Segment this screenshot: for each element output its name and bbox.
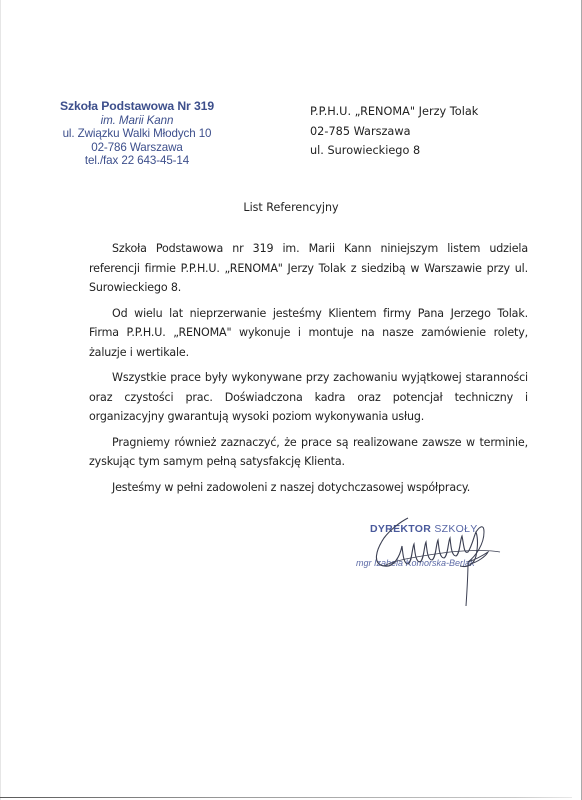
paragraph: Wszystkie prace były wykonywane przy zac…: [89, 368, 528, 427]
page-left-edge: [0, 0, 1, 800]
school-name-bold: Szkoła: [60, 99, 98, 113]
paragraph: Pragniemy również zaznaczyć, że prace są…: [89, 433, 528, 472]
recipient-city: 02-785 Warszawa: [310, 122, 478, 142]
signature-block: DYREKTOR SZKOŁY mgr Izabela Komorska-Ber…: [350, 516, 520, 606]
recipient-street: ul. Surowieckiego 8: [310, 141, 478, 161]
school-name-rest: Podstawowa Nr 319: [98, 99, 214, 113]
school-patron: im. Marii Kann: [52, 114, 222, 128]
school-name: Szkoła Podstawowa Nr 319: [52, 100, 222, 114]
school-street: ul. Związku Walki Młodych 10: [52, 127, 222, 141]
recipient-company: P.P.H.U. „RENOMA" Jerzy Tolak: [310, 102, 478, 122]
paragraph: Szkoła Podstawowa nr 319 im. Marii Kann …: [89, 239, 528, 298]
school-phone: tel./fax 22 643-45-14: [52, 154, 222, 168]
school-city: 02-786 Warszawa: [52, 141, 222, 155]
recipient-address: P.P.H.U. „RENOMA" Jerzy Tolak 02-785 War…: [310, 102, 478, 161]
paragraph: Od wielu lat nieprzerwanie jesteśmy Klie…: [89, 304, 528, 363]
handwritten-signature-icon: [350, 516, 520, 611]
document-title: List Referencyjny: [0, 201, 582, 214]
school-header-stamp: Szkoła Podstawowa Nr 319 im. Marii Kann …: [52, 100, 222, 168]
letter-page: Szkoła Podstawowa Nr 319 im. Marii Kann …: [0, 0, 582, 800]
page-bottom-edge: [0, 797, 572, 798]
paragraph: Jesteśmy w pełni zadowoleni z naszej dot…: [89, 478, 528, 498]
letter-body: Szkoła Podstawowa nr 319 im. Marii Kann …: [89, 239, 528, 503]
